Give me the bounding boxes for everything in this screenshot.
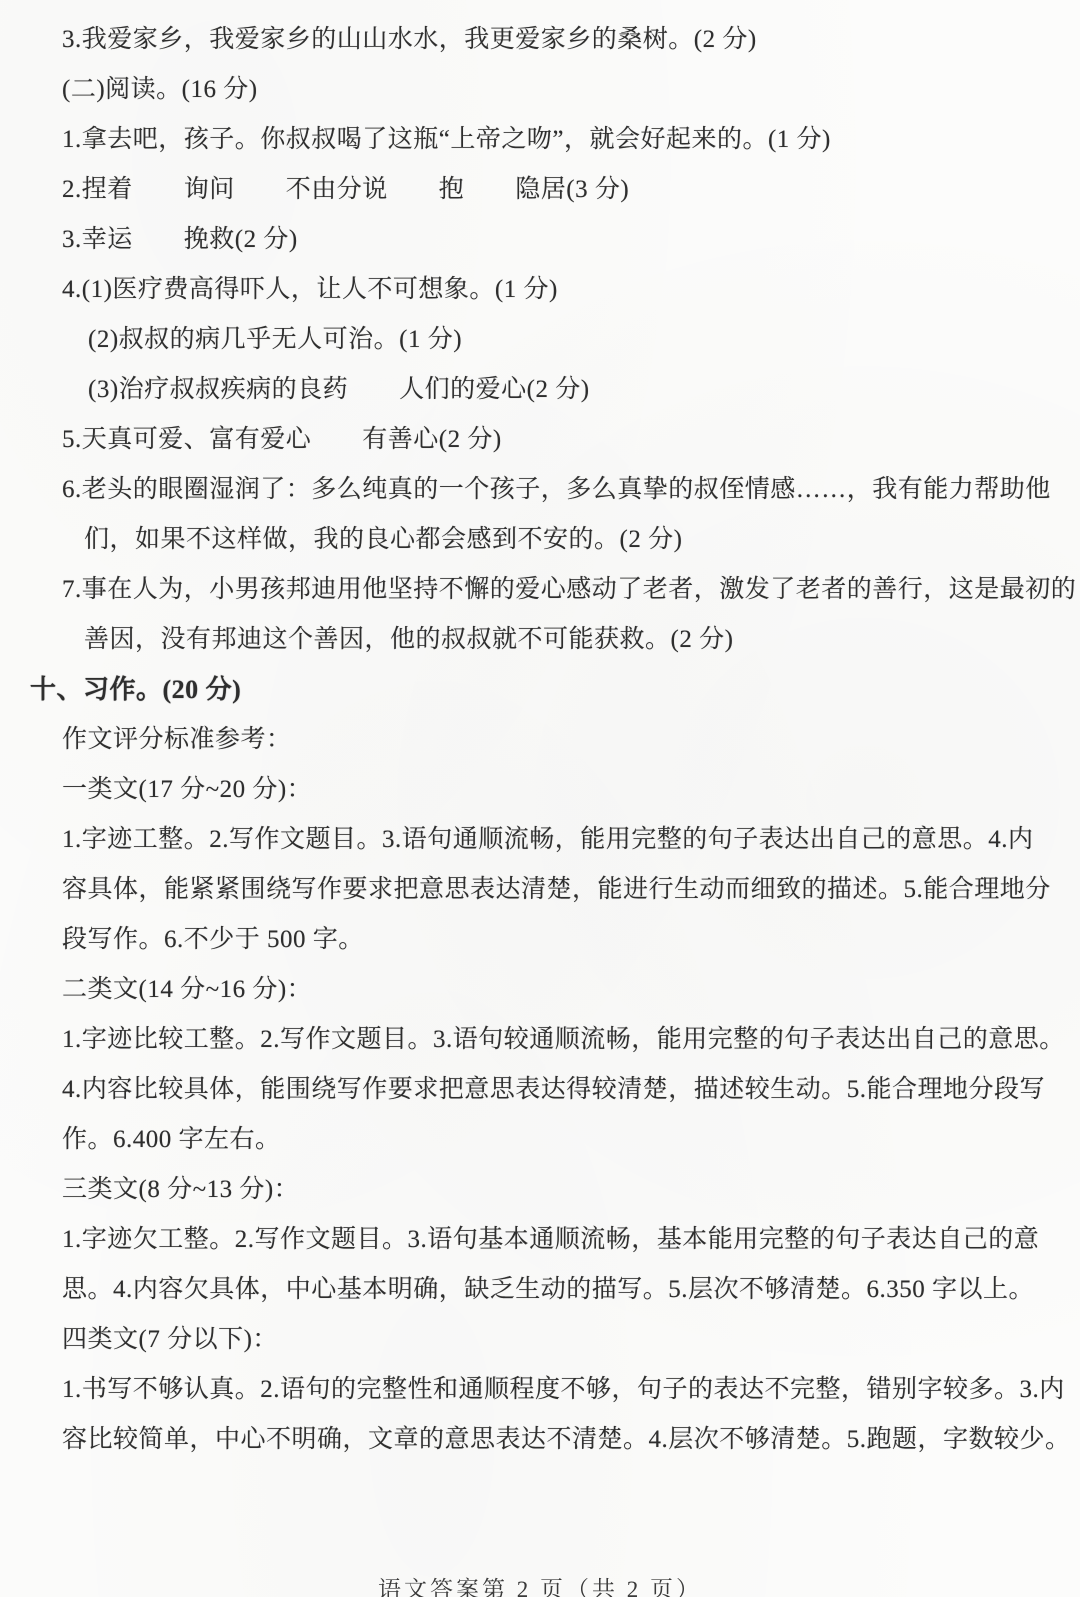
text-line: (2)叔叔的病几乎无人可治。(1 分): [0, 315, 1080, 365]
text-line: 1.字迹欠工整。2.写作文题目。3.语句基本通顺流畅，基本能用完整的句子表达自己…: [0, 1215, 1080, 1265]
text-line: 善因，没有邦迪这个善因，他的叔叔就不可能获救。(2 分): [0, 615, 1080, 665]
text-line: 容比较简单，中心不明确，文章的意思表达不清楚。4.层次不够清楚。5.跑题，字数较…: [0, 1415, 1080, 1465]
text-line: 6.老头的眼圈湿润了：多么纯真的一个孩子，多么真挚的叔侄情感……，我有能力帮助他: [0, 465, 1080, 515]
text-line: 5.天真可爱、富有爱心 有善心(2 分): [0, 415, 1080, 465]
text-line: 作。6.400 字左右。: [0, 1115, 1080, 1165]
text-line: 3.幸运 挽救(2 分): [0, 215, 1080, 265]
text-line: 7.事在人为，小男孩邦迪用他坚持不懈的爱心感动了老者，激发了老者的善行，这是最初…: [0, 565, 1080, 615]
text-line: 2.捏着 询问 不由分说 抱 隐居(3 分): [0, 165, 1080, 215]
text-line: 思。4.内容欠具体，中心基本明确，缺乏生动的描写。5.层次不够清楚。6.350 …: [0, 1265, 1080, 1315]
text-line: (二)阅读。(16 分): [0, 65, 1080, 115]
text-line: 作文评分标准参考：: [0, 715, 1080, 765]
text-line: 二类文(14 分~16 分)：: [0, 965, 1080, 1015]
text-line: 4.(1)医疗费高得吓人，让人不可想象。(1 分): [0, 265, 1080, 315]
text-line: 1.拿去吧，孩子。你叔叔喝了这瓶“上帝之吻”，就会好起来的。(1 分): [0, 115, 1080, 165]
text-line: 一类文(17 分~20 分)：: [0, 765, 1080, 815]
text-line: 1.书写不够认真。2.语句的完整性和通顺程度不够，句子的表达不完整，错别字较多。…: [0, 1365, 1080, 1415]
text-line: 十、习作。(20 分): [0, 665, 1080, 715]
text-line: 1.字迹比较工整。2.写作文题目。3.语句较通顺流畅，能用完整的句子表达出自己的…: [0, 1015, 1080, 1065]
text-line: (3)治疗叔叔疾病的良药 人们的爱心(2 分): [0, 365, 1080, 415]
text-line: 段写作。6.不少于 500 字。: [0, 915, 1080, 965]
text-line: 们，如果不这样做，我的良心都会感到不安的。(2 分): [0, 515, 1080, 565]
page-footer: 语文答案第 2 页（共 2 页）: [0, 1576, 1080, 1597]
document-page: 3.我爱家乡，我爱家乡的山山水水，我更爱家乡的桑树。(2 分)(二)阅读。(16…: [0, 0, 1080, 1597]
text-line: 三类文(8 分~13 分)：: [0, 1165, 1080, 1215]
text-line: 3.我爱家乡，我爱家乡的山山水水，我更爱家乡的桑树。(2 分): [0, 15, 1080, 65]
text-line: 4.内容比较具体，能围绕写作要求把意思表达得较清楚，描述较生动。5.能合理地分段…: [0, 1065, 1080, 1115]
text-line: 1.字迹工整。2.写作文题目。3.语句通顺流畅，能用完整的句子表达出自己的意思。…: [0, 815, 1080, 865]
text-line: 容具体，能紧紧围绕写作要求把意思表达清楚，能进行生动而细致的描述。5.能合理地分: [0, 865, 1080, 915]
text-line: 四类文(7 分以下)：: [0, 1315, 1080, 1365]
